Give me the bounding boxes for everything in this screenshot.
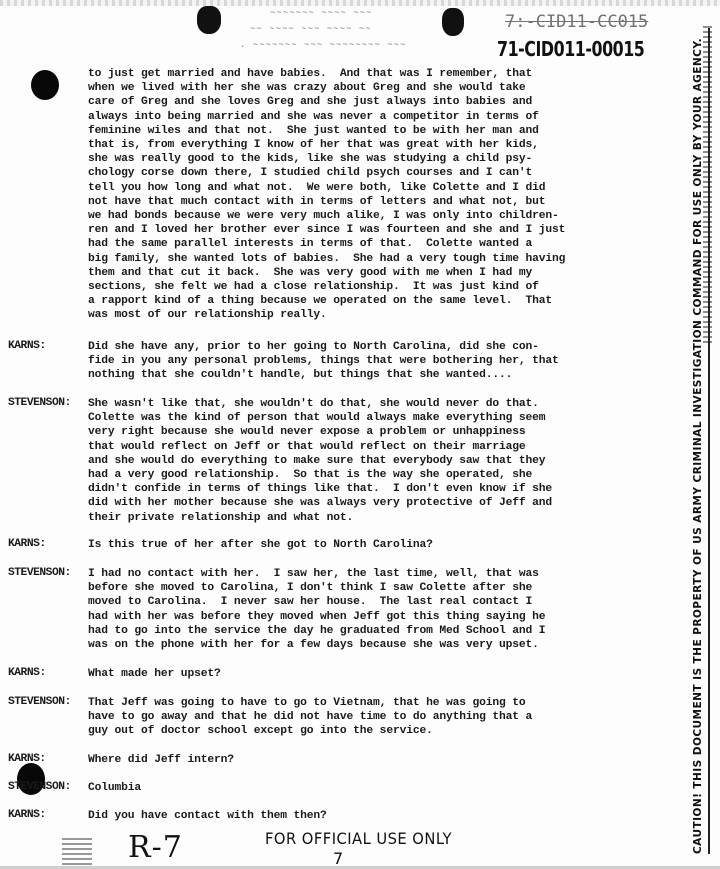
text-line: nothing that she couldn't handle, but th… [88, 368, 668, 382]
text-line: chology corse down there, I studied chil… [88, 166, 663, 180]
text-line: have to go away and that he did not have… [88, 710, 668, 724]
redaction-blot [197, 6, 221, 34]
illegible-header-text: ~~~~~~~ ~~~~ ~~~ [270, 8, 372, 18]
illegible-header-text: ~~ ~~~~ ~~~ ~~~~ ~~ [250, 24, 372, 34]
text-line: was most of our relationship really. [88, 308, 663, 322]
text-line: not have that much contact with in terms… [88, 195, 663, 209]
speaker-label: KARNS: [8, 538, 88, 550]
text-line: we had bonds because we were very much a… [88, 209, 663, 223]
speaker-label: KARNS: [8, 667, 88, 679]
document-id: 71-CID011-00015 [497, 37, 644, 61]
utterance: Columbia [88, 781, 668, 795]
text-line: had to go into the service the day he gr… [88, 624, 668, 638]
utterance: Did you have contact with them then? [88, 809, 668, 823]
scan-edge-noise [0, 0, 720, 6]
punch-hole [31, 70, 59, 100]
illegible-header-text: . ~~~~~~~ ~~~ ~~~~~~~~ ~~~ [240, 40, 406, 50]
continuation-paragraph: to just get married and have babies. And… [88, 67, 663, 323]
text-line: very right because she would never expos… [88, 425, 668, 439]
text-line: always into being married and she was ne… [88, 110, 663, 124]
text-line: big family, she wanted lots of babies. S… [88, 252, 663, 266]
text-line: them and that cut it back. She was very … [88, 266, 663, 280]
caution-margin: CAUTION! THIS DOCUMENT IS THE PROPERTY O… [672, 8, 712, 854]
text-line: fide in you any personal problems, thing… [88, 354, 668, 368]
scan-noise [62, 838, 92, 868]
text-line: didn't confide in terms of things like t… [88, 482, 668, 496]
document-id-struck: 7:-CID11-CC015 [505, 12, 648, 32]
text-line: had with her was before they moved when … [88, 610, 668, 624]
speaker-label: STEVENSON: [8, 567, 88, 579]
text-line: she was really good to the kids, like sh… [88, 152, 663, 166]
margin-rule [708, 28, 710, 854]
text-line: Colette was the kind of person that woul… [88, 411, 668, 425]
text-line: That Jeff was going to have to go to Vie… [88, 696, 668, 710]
text-line: I had no contact with her. I saw her, th… [88, 567, 668, 581]
text-line: guy out of doctor school except go into … [88, 724, 668, 738]
text-line: had a very good relationship. So that is… [88, 468, 668, 482]
text-line: a rapport kind of a thing because we ope… [88, 294, 663, 308]
text-line: before she moved to Carolina, I don't th… [88, 581, 668, 595]
text-line: Where did Jeff intern? [88, 753, 668, 767]
text-line: did with her mother because she was alwa… [88, 496, 668, 510]
speaker-label: KARNS: [8, 809, 88, 821]
speaker-label: KARNS: [8, 753, 88, 765]
text-line: Columbia [88, 781, 668, 795]
text-line: ren and I loved her brother ever since I… [88, 223, 663, 237]
text-line: that would reflect on Jeff or that would… [88, 440, 668, 454]
text-line: when we lived with her she was crazy abo… [88, 81, 663, 95]
utterance: What made her upset? [88, 667, 668, 681]
text-line: Did you have contact with them then? [88, 809, 668, 823]
text-line: that is, from everything I know of her t… [88, 138, 663, 152]
utterance: Where did Jeff intern? [88, 753, 668, 767]
text-line: had the same parallel interests in terms… [88, 237, 663, 251]
text-line: She wasn't like that, she wouldn't do th… [88, 397, 668, 411]
text-line: was on the phone with her for a few days… [88, 638, 668, 652]
text-line: Did she have any, prior to her going to … [88, 340, 668, 354]
text-line: moved to Carolina. I never saw her house… [88, 595, 668, 609]
official-use-stamp: FOR OFFICIAL USE ONLY [265, 829, 452, 848]
text-line: to just get married and have babies. And… [88, 67, 663, 81]
utterance: I had no contact with her. I saw her, th… [88, 567, 668, 652]
utterance: Is this true of her after she got to Nor… [88, 538, 668, 552]
utterance: Did she have any, prior to her going to … [88, 340, 668, 383]
speaker-label: STEVENSON: [8, 696, 88, 708]
redaction-blot [442, 8, 464, 36]
text-line: sections, she felt we had a close relati… [88, 280, 663, 294]
utterance: That Jeff was going to have to go to Vie… [88, 696, 668, 739]
speaker-label: STEVENSON: [8, 781, 88, 793]
text-line: tell you how long and what not. We were … [88, 181, 663, 195]
text-line: their private relationship and what not. [88, 511, 668, 525]
speaker-label: STEVENSON: [8, 397, 88, 409]
caution-notice: CAUTION! THIS DOCUMENT IS THE PROPERTY O… [692, 8, 704, 854]
scanned-document-page: ~~~~~~~ ~~~~ ~~~ ~~ ~~~~ ~~~ ~~~~ ~~ . ~… [0, 0, 720, 869]
text-line: feminine wiles and that not. She just wa… [88, 124, 663, 138]
text-line: What made her upset? [88, 667, 668, 681]
text-line: and she would do everything to make sure… [88, 454, 668, 468]
utterance: She wasn't like that, she wouldn't do th… [88, 397, 668, 525]
text-line: Is this true of her after she got to Nor… [88, 538, 668, 552]
text-line: care of Greg and she loves Greg and she … [88, 95, 663, 109]
exhibit-mark: R-7 [128, 830, 183, 865]
speaker-label: KARNS: [8, 340, 88, 352]
